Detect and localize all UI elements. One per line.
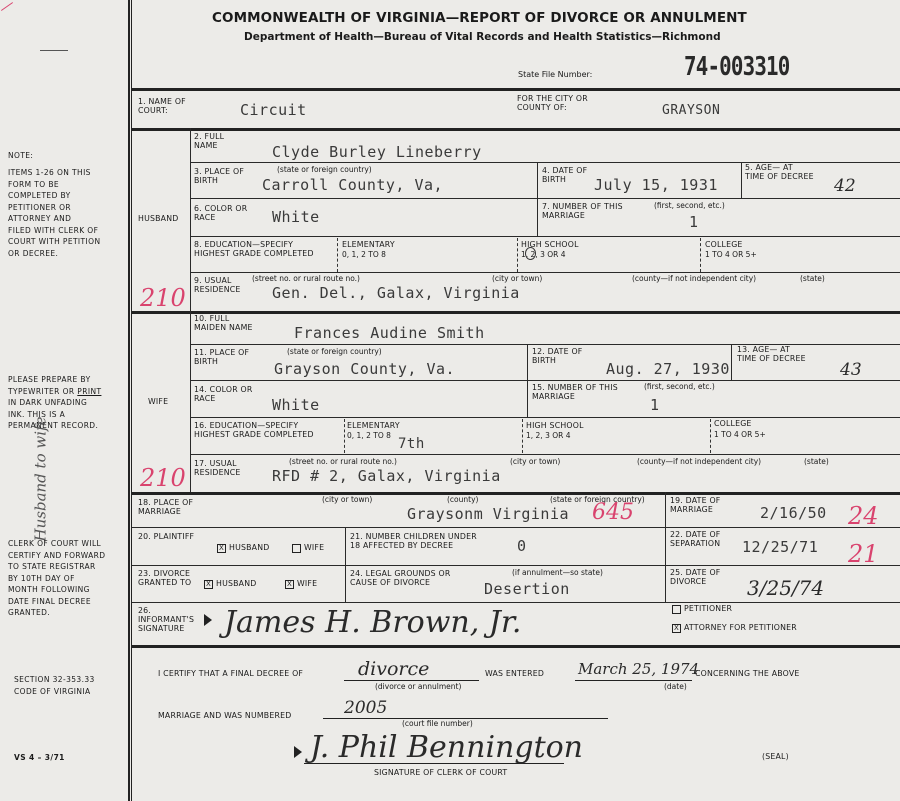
- separation-date[interactable]: 12/25/71: [742, 538, 818, 556]
- clerk-instructions: CLERK OF COURT WILLCERTIFY AND FORWARDTO…: [8, 538, 105, 619]
- separation-date-code: 21: [848, 540, 879, 568]
- granted-wife-option[interactable]: XWIFE: [285, 579, 317, 589]
- granted-wife-checkbox[interactable]: X: [285, 580, 294, 589]
- wife-marriage-no[interactable]: 1: [650, 396, 660, 414]
- cert-text-a: I CERTIFY THAT A FINAL DECREE OF: [158, 669, 303, 678]
- granted-to-label: 23. DIVORCE GRANTED TO: [138, 569, 198, 587]
- form-body: COMMONWEALTH OF VIRGINIA—REPORT OF DIVOR…: [131, 0, 900, 801]
- husband-marriage-no-label: 7. NUMBER OF THIS MARRIAGE: [542, 202, 632, 220]
- wife-margin-code: 210: [140, 464, 186, 492]
- cert-text-b: WAS ENTERED: [485, 669, 544, 678]
- arrow-icon: [294, 746, 302, 758]
- code-section: SECTION 32-353.33CODE OF VIRGINIA: [14, 674, 95, 697]
- note-text: ITEMS 1-26 ON THISFORM TO BECOMPLETED BY…: [8, 167, 100, 259]
- clerk-signature-label: SIGNATURE OF CLERK OF COURT: [374, 768, 507, 777]
- husband-margin-code: 210: [140, 284, 186, 312]
- marriage-place-code: 645: [592, 500, 634, 525]
- instructions-sidebar: NOTE: ITEMS 1-26 ON THISFORM TO BECOMPLE…: [0, 0, 130, 801]
- plaintiff-wife-checkbox[interactable]: [292, 544, 301, 553]
- children-label: 21. NUMBER CHILDREN UNDER 18 AFFECTED BY…: [350, 532, 480, 550]
- husband-full-name[interactable]: Clyde Burley Lineberry: [272, 143, 482, 161]
- marriage-date-code: 24: [848, 502, 879, 530]
- wife-section-label: WIFE: [148, 397, 168, 406]
- arrow-icon: [204, 614, 212, 626]
- wife-marriage-no-label: 15. NUMBER OF THIS MARRIAGE: [532, 383, 622, 401]
- wife-age-label: 13. AGE— AT TIME OF DECREE: [737, 345, 807, 363]
- wife-birthplace[interactable]: Grayson County, Va.: [274, 360, 455, 378]
- divorce-date-label: 25. DATE OF DIVORCE: [670, 568, 730, 586]
- state-file-number: 74-003310: [684, 52, 790, 82]
- prepare-instructions: PLEASE PREPARE BY TYPEWRITER OR PRINT IN…: [8, 374, 101, 432]
- wife-elementary-grade[interactable]: 7th: [398, 436, 425, 452]
- decree-type[interactable]: divorce: [358, 658, 429, 680]
- husband-race[interactable]: White: [272, 208, 320, 226]
- form-subtitle: Department of Health—Bureau of Vital Rec…: [244, 31, 721, 43]
- granted-husband-option[interactable]: XHUSBAND: [204, 579, 256, 589]
- marriage-date-label: 19. DATE OF MARRIAGE: [670, 496, 740, 514]
- plaintiff-wife-option[interactable]: WIFE: [292, 543, 324, 553]
- note-title: NOTE:: [8, 150, 33, 162]
- county-label: FOR THE CITY OR COUNTY OF:: [517, 94, 617, 112]
- wife-age[interactable]: 43: [840, 360, 862, 380]
- informant-signature-label: 26. INFORMANT'S SIGNATURE: [138, 606, 208, 633]
- margin-annotation: Husband to wife: [31, 417, 49, 542]
- red-mark: [1, 2, 13, 11]
- marriage-place[interactable]: Graysonm Virginia: [407, 505, 569, 523]
- wife-dob[interactable]: Aug. 27, 1930: [606, 360, 730, 378]
- clerk-signature[interactable]: J. Phil Bennington: [310, 730, 583, 765]
- husband-birthplace-label: 3. PLACE OF BIRTH: [194, 167, 266, 185]
- wife-name-label: 10. FULL MAIDEN NAME: [194, 314, 264, 332]
- plaintiff-husband-option[interactable]: XHUSBAND: [217, 543, 269, 553]
- role-petitioner-option[interactable]: PETITIONER: [672, 604, 732, 614]
- seal-label: (SEAL): [762, 752, 789, 761]
- husband-marriage-no[interactable]: 1: [689, 213, 699, 231]
- divorce-date[interactable]: 3/25/74: [747, 576, 824, 600]
- marriage-place-label: 18. PLACE OF MARRIAGE: [138, 498, 218, 516]
- informant-signature[interactable]: James H. Brown, Jr.: [224, 605, 521, 640]
- court-file-number[interactable]: 2005: [344, 698, 387, 718]
- wife-residence[interactable]: RFD # 2, Galax, Virginia: [272, 467, 501, 485]
- wife-race-label: 14. COLOR OR RACE: [194, 385, 254, 403]
- husband-education-label: 8. EDUCATION—SPECIFY HIGHEST GRADE COMPL…: [194, 240, 324, 258]
- wife-education-label: 16. EDUCATION—SPECIFY HIGHEST GRADE COMP…: [194, 421, 324, 439]
- children-count[interactable]: 0: [517, 537, 527, 555]
- court-name[interactable]: Circuit: [240, 101, 307, 119]
- wife-residence-label: 17. USUAL RESIDENCE: [194, 459, 254, 477]
- court-name-label: 1. NAME OF COURT:: [138, 97, 198, 115]
- petitioner-checkbox[interactable]: [672, 605, 681, 614]
- husband-section-label: HUSBAND: [138, 214, 178, 223]
- wife-full-name[interactable]: Frances Audine Smith: [294, 324, 485, 342]
- grounds[interactable]: Desertion: [484, 580, 570, 598]
- county[interactable]: GRAYSON: [662, 103, 720, 118]
- plaintiff-label: 20. PLAINTIFF: [138, 532, 194, 541]
- cert-text-d: MARRIAGE AND WAS NUMBERED: [158, 711, 291, 720]
- husband-dob[interactable]: July 15, 1931: [594, 176, 718, 194]
- husband-birthplace[interactable]: Carroll County, Va,: [262, 176, 443, 194]
- husband-dob-label: 4. DATE OF BIRTH: [542, 166, 602, 184]
- granted-husband-checkbox[interactable]: X: [204, 580, 213, 589]
- husband-residence-label: 9. USUAL RESIDENCE: [194, 276, 244, 294]
- form-title: COMMONWEALTH OF VIRGINIA—REPORT OF DIVOR…: [212, 10, 747, 26]
- husband-age[interactable]: 42: [834, 176, 856, 196]
- husband-race-label: 6. COLOR OR RACE: [194, 204, 254, 222]
- wife-birthplace-label: 11. PLACE OF BIRTH: [194, 348, 266, 366]
- husband-age-label: 5. AGE— AT TIME OF DECREE: [745, 163, 815, 181]
- grounds-label: 24. LEGAL GROUNDS OR CAUSE OF DIVORCE: [350, 569, 460, 587]
- separation-date-label: 22. DATE OF SEPARATION: [670, 530, 740, 548]
- husband-highschool-circled[interactable]: [525, 247, 536, 260]
- form-id: VS 4 – 3/71: [14, 752, 65, 764]
- wife-dob-label: 12. DATE OF BIRTH: [532, 347, 592, 365]
- state-file-number-label: State File Number:: [518, 70, 592, 79]
- dash-mark: [40, 50, 68, 51]
- role-attorney-option[interactable]: XATTORNEY FOR PETITIONER: [672, 623, 797, 633]
- entered-date[interactable]: March 25, 1974: [578, 660, 699, 678]
- divorce-report-form: NOTE: ITEMS 1-26 ON THISFORM TO BECOMPLE…: [0, 0, 900, 801]
- husband-name-label: 2. FULL NAME: [194, 132, 244, 150]
- cert-text-c: CONCERNING THE ABOVE: [695, 669, 800, 678]
- husband-residence[interactable]: Gen. Del., Galax, Virginia: [272, 284, 520, 302]
- plaintiff-husband-checkbox[interactable]: X: [217, 544, 226, 553]
- wife-race[interactable]: White: [272, 396, 320, 414]
- attorney-checkbox[interactable]: X: [672, 624, 681, 633]
- marriage-date[interactable]: 2/16/50: [760, 504, 827, 522]
